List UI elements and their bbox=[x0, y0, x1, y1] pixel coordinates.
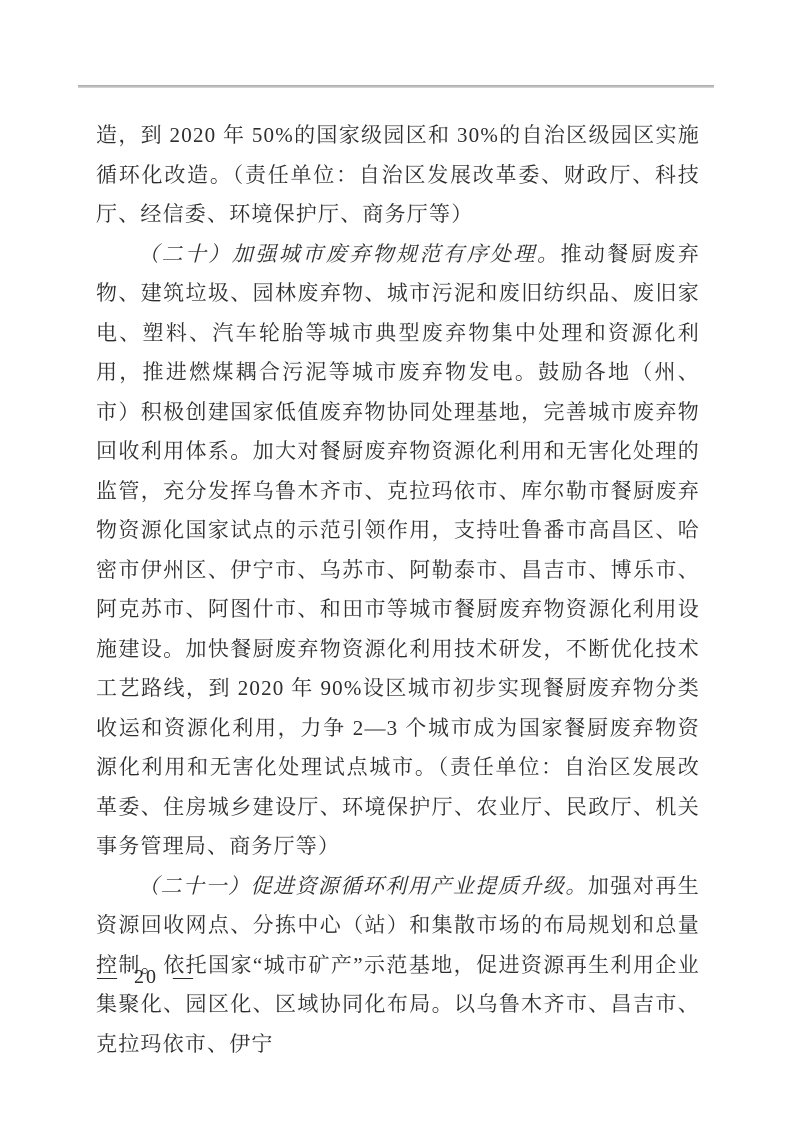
document-body: 造，到 2020 年 50%的国家级园区和 30%的自治区级园区实施循环化改造。… bbox=[96, 116, 700, 1064]
document-page: 造，到 2020 年 50%的国家级园区和 30%的自治区级园区实施循环化改造。… bbox=[0, 0, 793, 1122]
paragraph-text: 造，到 2020 年 50%的国家级园区和 30%的自治区级园区实施循环化改造。… bbox=[96, 123, 700, 226]
section-heading: （二十一）促进资源循环利用产业提质升级。 bbox=[138, 874, 588, 898]
paragraph-text: 加强对再生资源回收网点、分拣中心（站）和集散市场的布局规划和总量控制。依托国家“… bbox=[96, 874, 700, 1056]
paragraph-continuation: 造，到 2020 年 50%的国家级园区和 30%的自治区级园区实施循环化改造。… bbox=[96, 116, 700, 235]
header-rule bbox=[78, 85, 714, 88]
section-heading: （二十）加强城市废弃物规范有序处理。 bbox=[138, 242, 560, 266]
page-number: — 20 — bbox=[97, 966, 195, 989]
paragraph-section-20: （二十）加强城市废弃物规范有序处理。推动餐厨废弃物、建筑垃圾、园林废弃物、城市污… bbox=[96, 235, 700, 867]
paragraph-text: 推动餐厨废弃物、建筑垃圾、园林废弃物、城市污泥和废旧纺织品、废旧家电、塑料、汽车… bbox=[96, 242, 700, 859]
